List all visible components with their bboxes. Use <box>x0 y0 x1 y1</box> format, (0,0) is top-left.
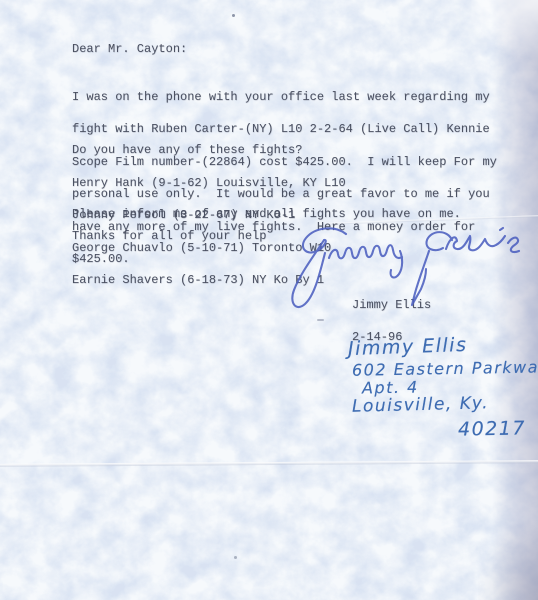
salutation: Dear Mr. Cayton: <box>72 44 187 55</box>
fight-line: Henry Hank (9-1-62) Louisville, KY L10 <box>72 178 346 189</box>
question-line: Do you have any of these fights? <box>72 145 302 156</box>
scanned-letter-page: Dear Mr. Cayton: I was on the phone with… <box>0 0 538 600</box>
closing-line: Thanks for all of your help <box>72 231 266 242</box>
fight-line: George Chuavlo (5-10-71) Toronto W10 <box>72 243 346 254</box>
fight-line: Earnie Shavers (6-18-73) NY Ko By 1 <box>72 275 346 286</box>
typed-name: Jimmy Ellis <box>352 300 431 311</box>
request-line: Please inform me of any and all fights y… <box>72 209 461 220</box>
address-line-street: 602 Eastern Parkway <box>352 357 538 379</box>
address-line-name: Jimmy Ellis <box>348 334 468 360</box>
body-line: fight with Ruben Carter-(NY) L10 2-2-64 … <box>72 124 497 135</box>
address-line-city: Louisville, Ky. <box>352 393 490 417</box>
body-line: I was on the phone with your office last… <box>72 92 497 103</box>
address-line-zip: 40217 <box>458 417 526 440</box>
